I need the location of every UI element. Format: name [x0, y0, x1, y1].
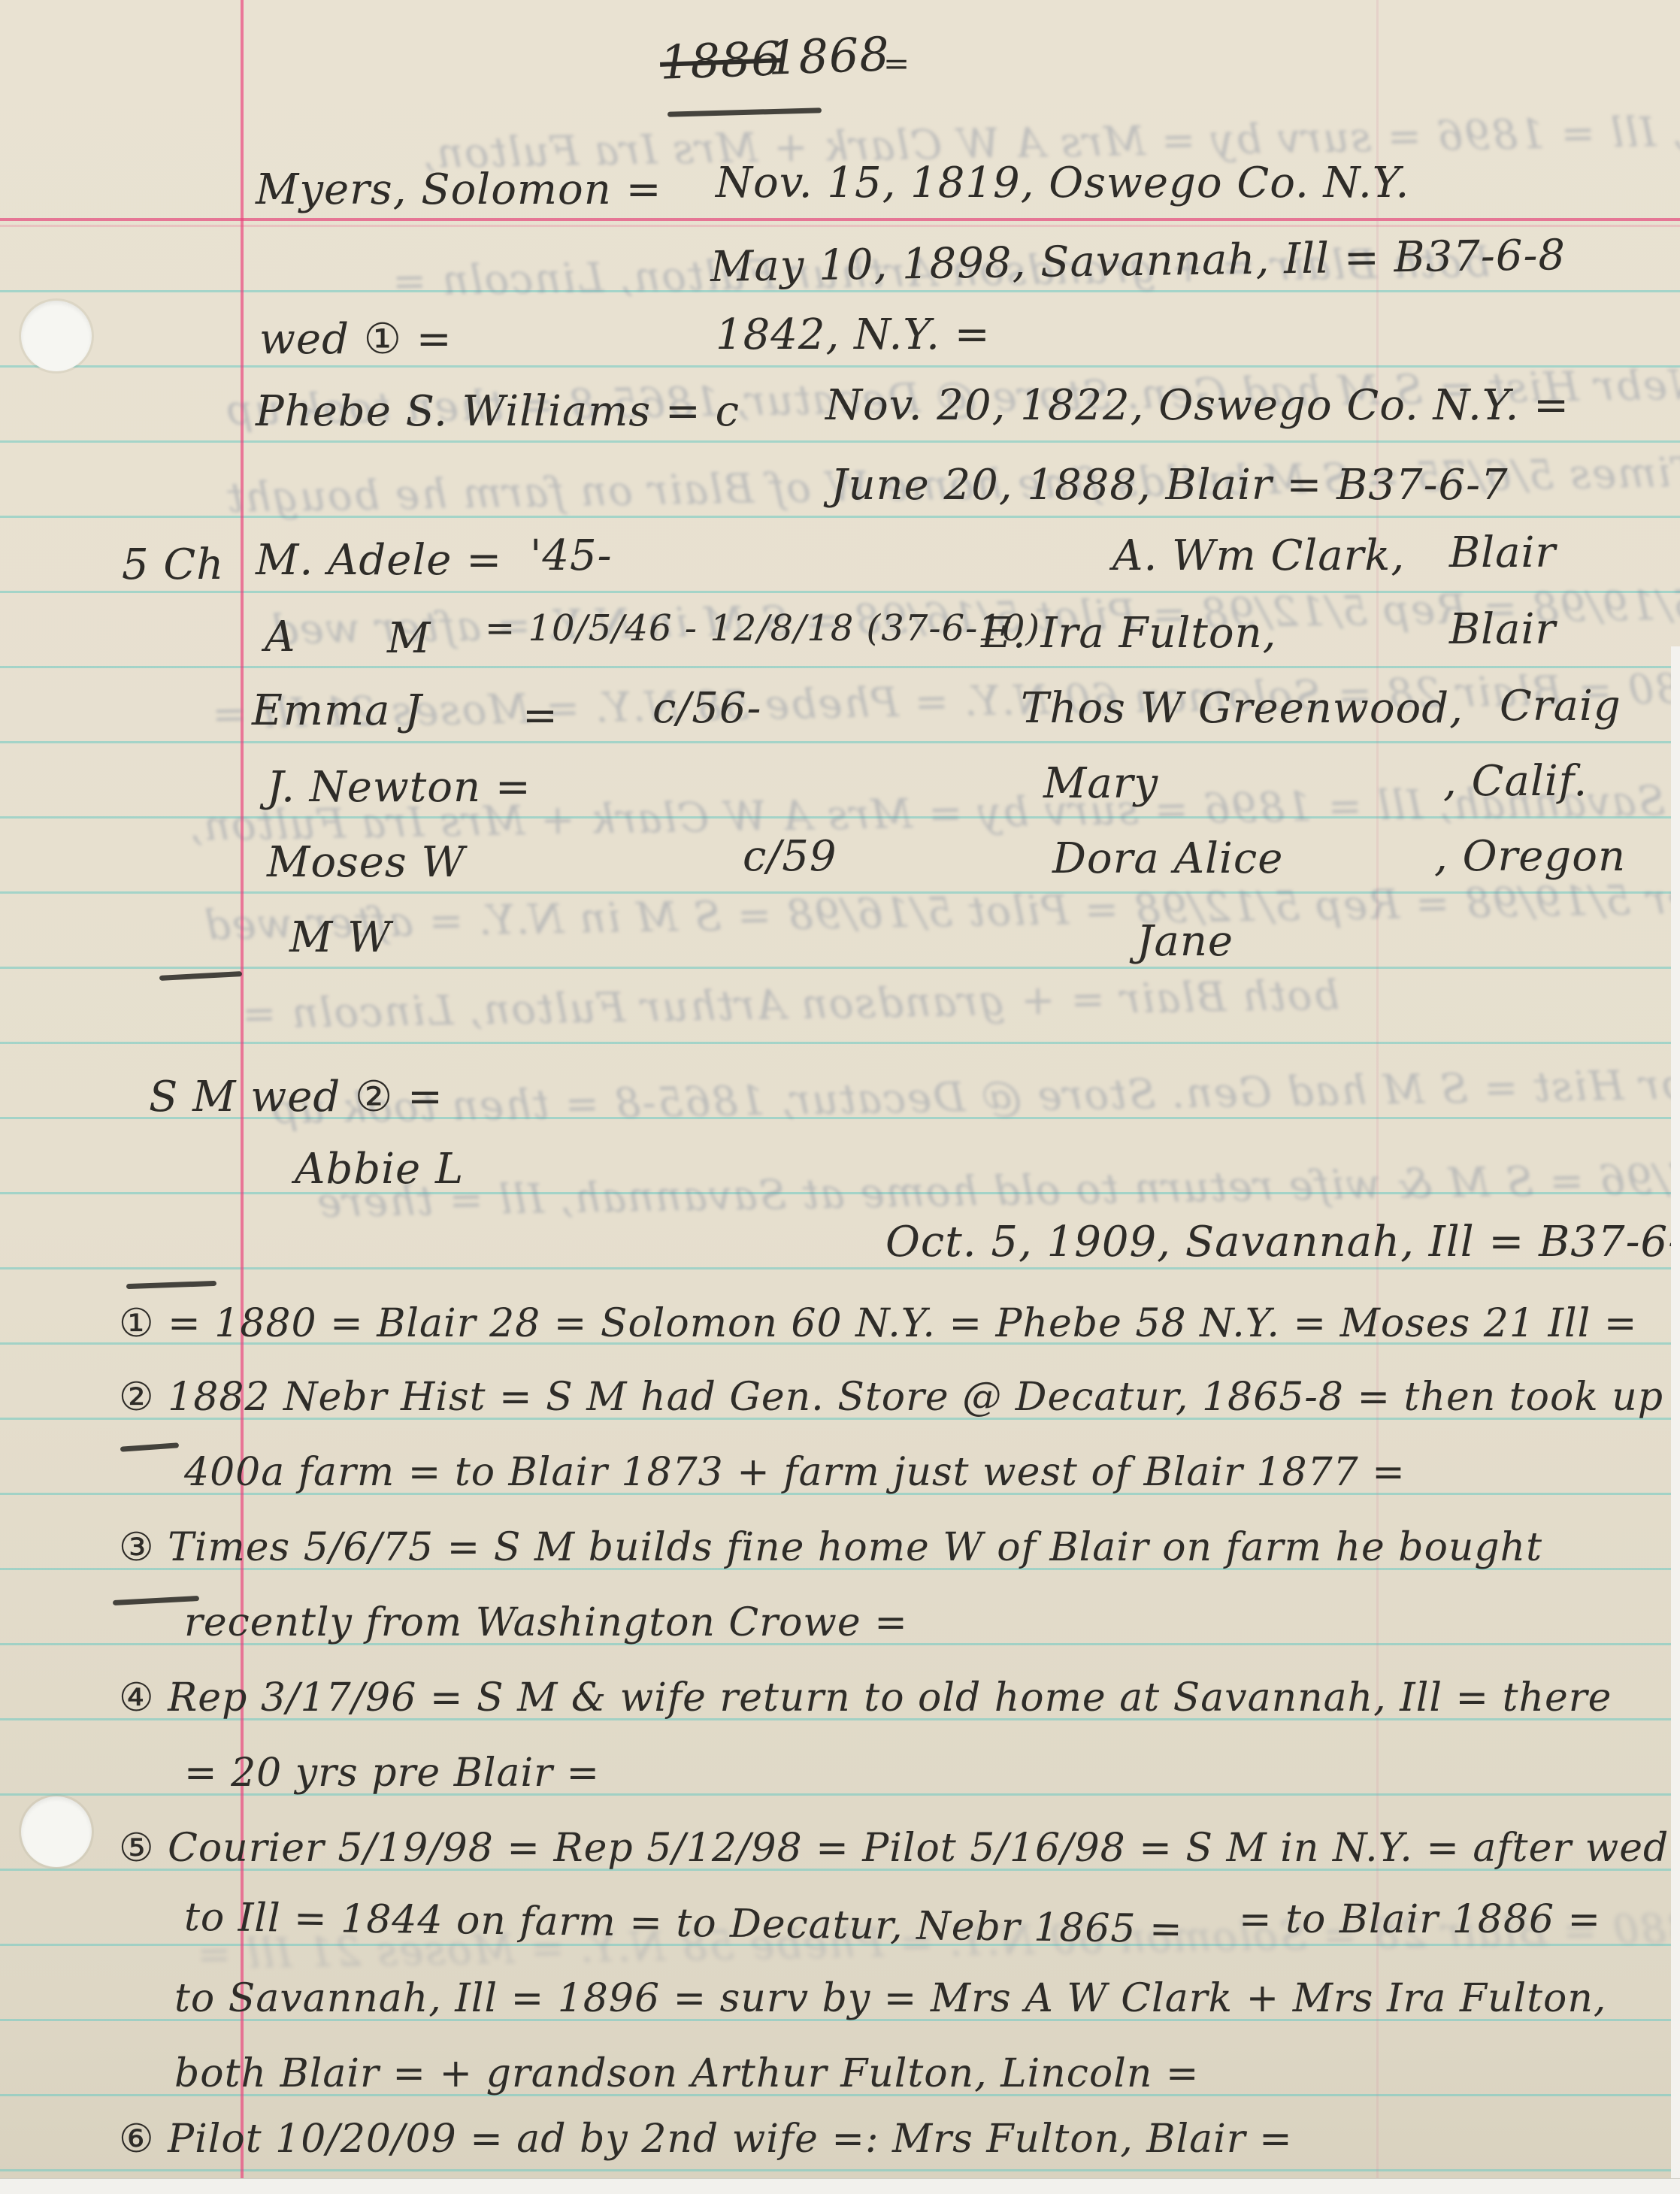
child2-dates: = 10/5/46 - 12/8/18 (37-6-10): [485, 610, 1040, 646]
bleedthrough-writing: ④ Rep 3/17/96 = S M & wife return to old…: [316, 1154, 1680, 1223]
scanner-edge-right: [1671, 646, 1680, 2178]
child3-sep: =: [522, 695, 558, 737]
child3-name: Emma J: [252, 690, 422, 732]
child2-initial-a: A: [265, 616, 295, 658]
entry-name: Myers, Solomon =: [256, 169, 662, 211]
birth-date-place: Nov. 15, 1819, Oswego Co. N.Y.: [716, 162, 1409, 204]
margin-dash: [120, 1442, 179, 1451]
punch-hole-bottom: [21, 1796, 92, 1867]
children-count: 5 Ch: [122, 544, 224, 586]
death-date-place: May 10, 1898, Savannah, Ill = B37-6-8: [710, 235, 1566, 289]
child2-place: Blair: [1449, 609, 1556, 651]
child5-spouse: Dora Alice: [1052, 838, 1283, 880]
pink-header-rule: [0, 218, 1680, 221]
child5-year: c/59: [743, 836, 837, 878]
margin-dash: [159, 971, 242, 981]
title-suffix: =: [883, 48, 910, 80]
child1-name: M. Adele =: [256, 540, 502, 582]
child1-year: '45-: [530, 535, 613, 577]
wife1-name: Phebe S. Williams = c: [256, 391, 740, 433]
child3-place: Craig: [1500, 685, 1621, 728]
bleedthrough-writing: ② 1882 Nebr Hist = S M had Gen. Store @ …: [271, 1061, 1680, 1130]
source-note-1: ① = 1880 = Blair 28 = Solomon 60 N.Y. = …: [119, 1304, 1637, 1343]
child5-place: , Oregon: [1434, 836, 1626, 878]
source-note-4: ④ Rep 3/17/96 = S M & wife return to old…: [119, 1678, 1612, 1717]
source-note-5-cont1b: = to Blair 1886 =: [1239, 1900, 1601, 1939]
wed-year: 1842, N.Y. =: [716, 314, 991, 356]
pink-header-rule-shadow: [0, 225, 1680, 227]
source-note-3: ③ Times 5/6/75 = S M builds fine home W …: [119, 1528, 1542, 1567]
child4-name: J. Newton =: [267, 767, 531, 809]
source-note-2: ② 1882 Nebr Hist = S M had Gen. Store @ …: [119, 1378, 1663, 1417]
source-note-3-cont: recently from Washington Crowe =: [184, 1603, 908, 1642]
source-note-5: ⑤ Courier 5/19/98 = Rep 5/12/98 = Pilot …: [119, 1829, 1669, 1868]
wife1-death: June 20, 1888, Blair = B37-6-7: [831, 465, 1509, 507]
source-note-2-cont: 400a farm = to Blair 1873 + farm just we…: [184, 1453, 1406, 1492]
source-note-6: ⑥ Pilot 10/20/09 = ad by 2nd wife =: Mrs…: [119, 2120, 1293, 2159]
child-initials-mw: M W: [289, 917, 392, 959]
bleedthrough-writing: both Blair = + grandson Arthur Fulton, L…: [241, 975, 1340, 1035]
title-year: 1868: [767, 31, 891, 82]
notebook-page: to Savannah, Ill = 1896 = surv by = Mrs …: [0, 0, 1680, 2178]
margin-dash: [126, 1281, 216, 1289]
wife2-name: Abbie L: [295, 1148, 464, 1191]
child2-spouse: E. Ira Fulton,: [981, 613, 1276, 655]
title-underline: [667, 107, 822, 117]
wife2-death: Oct. 5, 1909, Savannah, Ill = B37-6-⑨ =: [885, 1221, 1680, 1263]
scanner-edge-bottom: [0, 2178, 1680, 2194]
child5-name: Moses W: [267, 842, 465, 884]
source-note-5-cont1: to Ill = 1844 on farm = to Decatur, Nebr…: [184, 1898, 1183, 1949]
child5-spouse2: Jane: [1137, 921, 1234, 963]
child3-spouse: Thos W Greenwood,: [1021, 688, 1464, 730]
wed-note-1: wed ① =: [259, 319, 453, 361]
source-note-4-cont: = 20 yrs pre Blair =: [184, 1754, 600, 1793]
child2-initial-m: M: [387, 618, 431, 660]
child3-year: c/56-: [652, 688, 761, 730]
wife1-birth: Nov. 20, 1822, Oswego Co. N.Y. =: [825, 385, 1570, 427]
wed-note-2: S M wed ② =: [149, 1076, 443, 1118]
child1-place: Blair: [1449, 532, 1556, 574]
punch-hole-top: [21, 301, 92, 371]
source-note-5-cont2: to Savannah, Ill = 1896 = surv by = Mrs …: [174, 1979, 1606, 2018]
child1-spouse: A. Wm Clark,: [1112, 535, 1405, 577]
source-note-5-cont3: both Blair = + grandson Arthur Fulton, L…: [174, 2054, 1199, 2093]
child4-spouse: Mary: [1043, 763, 1158, 805]
child4-place: , Calif.: [1443, 761, 1588, 803]
title-year-struck: 1886: [659, 35, 782, 86]
